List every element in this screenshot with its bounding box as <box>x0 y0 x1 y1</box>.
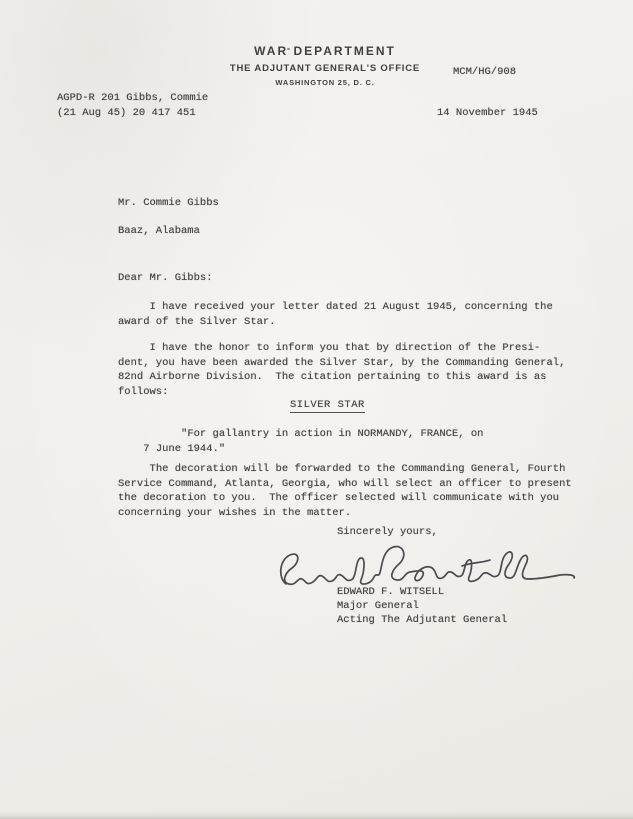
signer-name: EDWARD F. WITSELL <box>337 585 444 600</box>
recipient-name: Mr. Commie Gibbs <box>118 196 219 211</box>
valediction: Sincerely yours, <box>337 525 438 540</box>
file-reference: AGPD-R 201 Gibbs, Commie (21 Aug 45) 20 … <box>57 91 208 120</box>
citation-heading-text: SILVER STAR <box>290 399 365 413</box>
salutation: Dear Mr. Gibbs: <box>118 271 213 286</box>
paper-edge-shadow <box>0 811 633 819</box>
reference-code: MCM/HG/908 <box>453 65 516 80</box>
paragraph-2: I have the honor to inform you that by d… <box>118 341 588 399</box>
citation-heading: SILVER STAR <box>290 399 365 413</box>
citation-text: "For gallantry in action in NORMANDY, FR… <box>118 427 588 456</box>
recipient-address: Baaz, Alabama <box>118 224 200 239</box>
paragraph-3: The decoration will be forwarded to the … <box>118 462 588 520</box>
letter-page: WAR DEPARTMENT THE ADJUTANT GENERAL'S OF… <box>0 0 633 819</box>
signer-title: Acting The Adjutant General <box>337 613 507 628</box>
letterhead-title: WAR DEPARTMENT <box>175 44 475 58</box>
letter-date: 14 November 1945 <box>437 106 538 121</box>
signer-rank: Major General <box>337 599 419 614</box>
paragraph-1: I have received your letter dated 21 Aug… <box>118 300 588 329</box>
letterhead: WAR DEPARTMENT THE ADJUTANT GENERAL'S OF… <box>175 44 475 87</box>
letterhead-office: THE ADJUTANT GENERAL'S OFFICE <box>175 63 475 74</box>
letterhead-address: WASHINGTON 25, D. C. <box>175 78 475 87</box>
